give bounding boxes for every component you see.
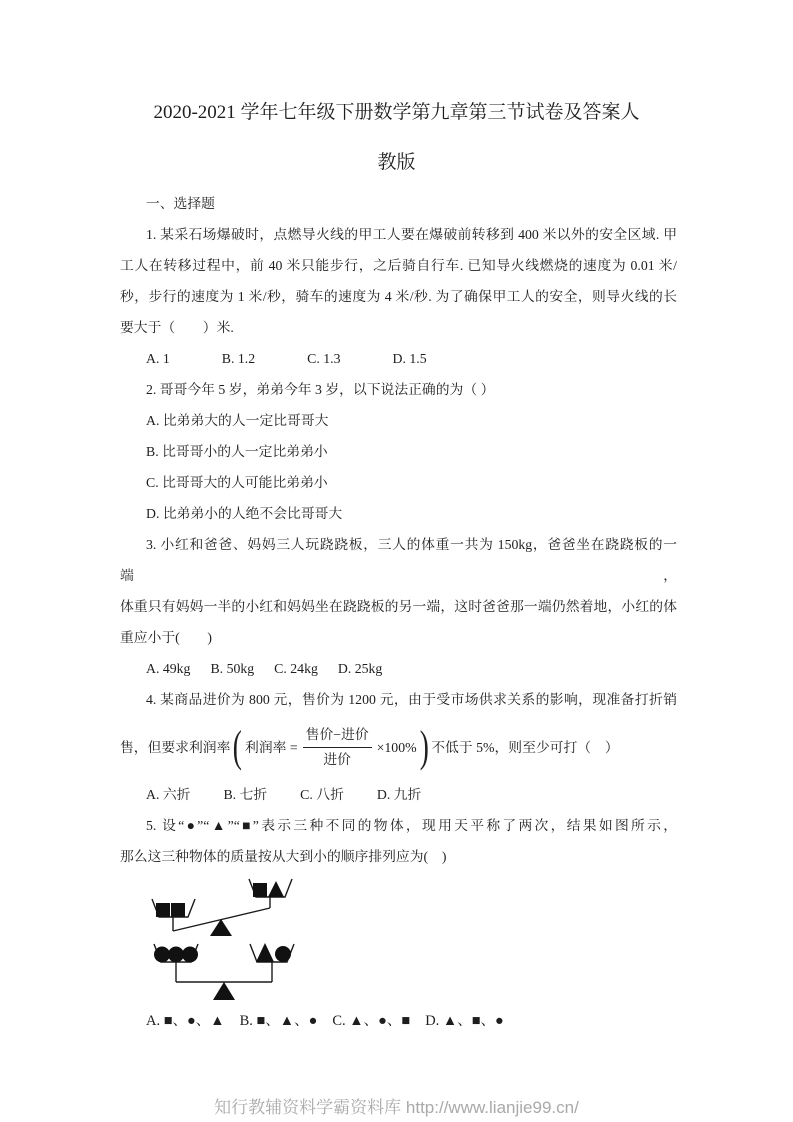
question-text-line: 重应小于( )	[120, 622, 677, 653]
footer-site-link[interactable]: 知行教辅资料学霸资料库 http://www.lianjie99.cn/	[0, 1093, 793, 1118]
question-text-line: 工人在转移过程中，前 40 米只能步行，之后骑自行车. 已知导火线燃烧的速度为 …	[120, 250, 677, 281]
options-row: A. 六折 B. 七折 C. 八折 D. 九折	[120, 779, 677, 810]
question-text-line: 4. 某商品进价为 800 元，售价为 1200 元，由于受市场供求关系的影响，…	[120, 684, 677, 715]
question-text-line: 2. 哥哥今年 5 岁，弟弟今年 3 岁，以下说法正确的为（ ）	[120, 374, 677, 405]
question-text-line: 要大于（ ）米.	[120, 312, 677, 343]
scale2-fulcrum	[213, 982, 235, 1000]
option-a: A. 49kg	[146, 653, 190, 684]
balance-figure	[144, 874, 677, 1006]
question-text-line: 秒，步行的速度为 1 米/秒，骑车的速度为 4 米/秒. 为了确保甲工人的安全，…	[120, 281, 677, 312]
option-d: D. 比弟弟小的人绝不会比哥哥大	[120, 498, 677, 529]
formula-lead: 利润率 =	[245, 732, 298, 763]
question-4: 4. 某商品进价为 800 元，售价为 1200 元，由于受市场供求关系的影响，…	[120, 684, 677, 810]
circle-object	[275, 946, 291, 962]
option-c: C. 八折	[300, 779, 344, 810]
page-title: 2020-2021 学年七年级下册数学第九章第三节试卷及答案人 教版	[0, 88, 793, 188]
square-object	[253, 883, 267, 897]
option-d: D. ▲、■、●	[425, 1006, 504, 1037]
option-b: B. 七折	[223, 779, 267, 810]
document-page: 2020-2021 学年七年级下册数学第九章第三节试卷及答案人 教版 一、选择题…	[0, 88, 793, 1118]
big-paren-close: )	[419, 725, 428, 769]
option-c: C. 24kg	[274, 653, 318, 684]
triangle-object	[268, 881, 284, 897]
balance-scale-1	[152, 879, 292, 936]
option-c: C. ▲、●、■	[332, 1006, 410, 1037]
option-a: A. 1	[146, 343, 170, 374]
option-c: C. 1.3	[307, 343, 340, 374]
triangle-object	[256, 943, 274, 962]
big-paren-open: (	[233, 725, 242, 769]
option-a: A. 六折	[146, 779, 190, 810]
options-row: A. 1 B. 1.2 C. 1.3 D. 1.5	[120, 343, 677, 374]
question-text-line: 体重只有妈妈一半的小红和妈妈坐在跷跷板的另一端，这时爸爸那一端仍然着地，小红的体	[120, 591, 677, 622]
balance-scales-diagram	[144, 874, 314, 1004]
question-text-line: 3. 小红和爸爸、妈妈三人玩跷跷板，三人的体重一共为 150kg，爸爸坐在跷跷板…	[120, 529, 677, 591]
formula-tail: ×100%	[377, 732, 417, 763]
option-a: A. ■、●、▲	[146, 1006, 225, 1037]
circle-object	[182, 947, 198, 963]
option-b: B. 50kg	[210, 653, 254, 684]
option-b: B. ■、▲、●	[240, 1006, 318, 1037]
question-5: 5. 设“●”“▲”“■”表示三种不同的物体，现用天平称了两次，结果如图所示， …	[120, 810, 677, 1037]
circle-object	[168, 947, 184, 963]
profit-rate-formula: 利润率 = 售价−进价 进价 ×100%	[245, 724, 417, 770]
page-title-line2: 教版	[0, 138, 793, 188]
option-b: B. 1.2	[222, 343, 255, 374]
question-text-line: 5. 设“●”“▲”“■”表示三种不同的物体，现用天平称了两次，结果如图所示，	[120, 810, 677, 841]
fraction-numerator: 售价−进价	[303, 724, 372, 747]
fraction: 售价−进价 进价	[303, 724, 372, 770]
question-1: 1. 某采石场爆破时，点燃导火线的甲工人要在爆破前转移到 400 米以外的安全区…	[120, 219, 677, 374]
question-text-line: 1. 某采石场爆破时，点燃导火线的甲工人要在爆破前转移到 400 米以外的安全区…	[120, 219, 677, 250]
question-formula-line: 售，但要求利润率 ( 利润率 = 售价−进价 进价 ×100% ) 不低于 5%…	[120, 715, 677, 779]
question-text-line: 那么这三种物体的质量按从大到小的顺序排列应为( )	[120, 841, 677, 872]
section-heading: 一、选择题	[120, 188, 677, 219]
square-object	[171, 903, 185, 917]
balance-scale-2	[154, 943, 294, 1000]
option-b: B. 比哥哥小的人一定比弟弟小	[120, 436, 677, 467]
page-title-line1: 2020-2021 学年七年级下册数学第九章第三节试卷及答案人	[0, 88, 793, 138]
fraction-denominator: 进价	[303, 748, 372, 770]
question-3: 3. 小红和爸爸、妈妈三人玩跷跷板，三人的体重一共为 150kg，爸爸坐在跷跷板…	[120, 529, 677, 684]
option-d: D. 九折	[377, 779, 421, 810]
circle-object	[154, 947, 170, 963]
option-d: D. 25kg	[338, 653, 382, 684]
question-2: 2. 哥哥今年 5 岁，弟弟今年 3 岁，以下说法正确的为（ ） A. 比弟弟大…	[120, 374, 677, 529]
document-body: 一、选择题 1. 某采石场爆破时，点燃导火线的甲工人要在爆破前转移到 400 米…	[120, 188, 677, 1037]
option-c: C. 比哥哥大的人可能比弟弟小	[120, 467, 677, 498]
option-a: A. 比弟弟大的人一定比哥哥大	[120, 405, 677, 436]
option-d: D. 1.5	[392, 343, 426, 374]
square-object	[156, 903, 170, 917]
formula-suffix: 不低于 5%，则至少可打（ ）	[431, 732, 618, 763]
formula-prefix: 售，但要求利润率	[120, 732, 230, 763]
options-row: A. ■、●、▲ B. ■、▲、● C. ▲、●、■ D. ▲、■、●	[120, 1006, 677, 1037]
options-row: A. 49kg B. 50kg C. 24kg D. 25kg	[120, 653, 677, 684]
